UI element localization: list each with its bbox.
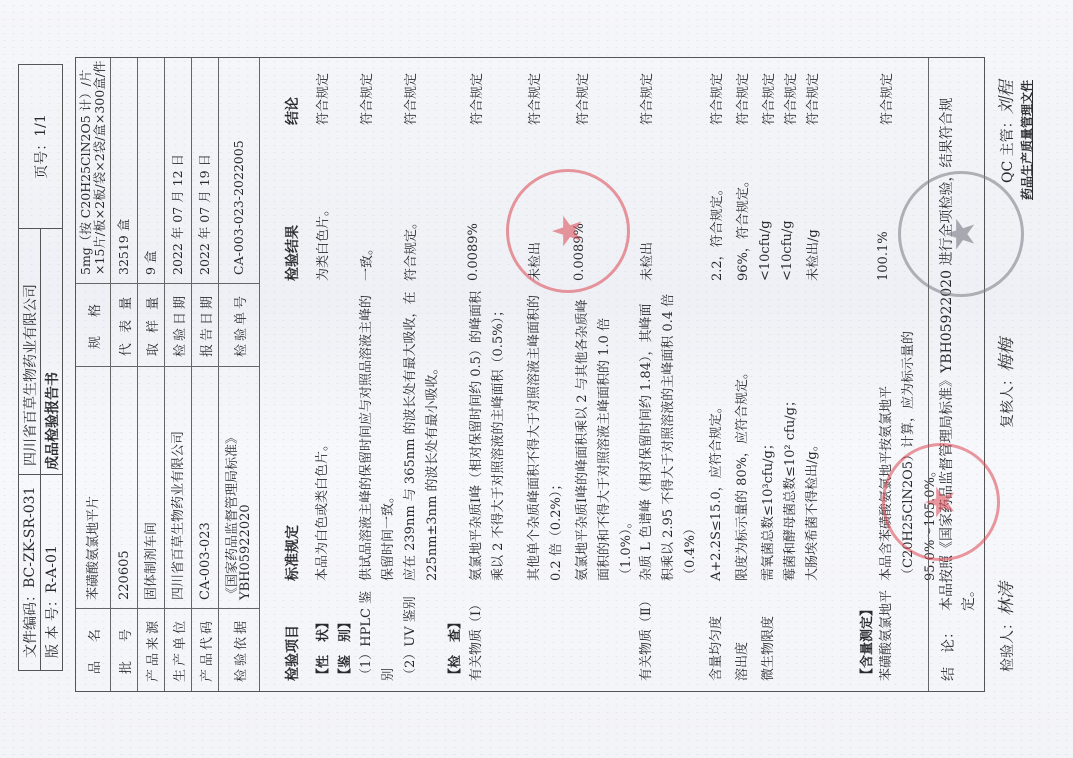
sample-label: 取 样 量 (138, 283, 164, 366)
row-item: 微生物限度 (758, 589, 780, 681)
quantity: 32519 盒 (111, 58, 137, 283)
row-item: 有关物质（Ⅰ） (466, 589, 488, 681)
reviewer-signature: 梅梅 (997, 338, 1017, 372)
code-label: 产品代码 (192, 608, 218, 691)
test-no-label: 检验单号 (219, 283, 259, 366)
row-item: （1）HPLC 鉴别 (356, 589, 400, 681)
row-standard: 霉菌和酵母菌总数≤10² cfu/g； (780, 291, 802, 581)
row-conclusion: 符合规定 (572, 73, 591, 125)
source-label: 产品来源 (138, 608, 164, 691)
row-conclusion: 符合规定 (466, 73, 485, 125)
red-seal-stamp: ★ (506, 169, 630, 293)
row-conclusion: 符合规定 (400, 73, 419, 125)
doc-footer: 药品生产质量管理文件 (1018, 80, 1035, 200)
row-result: 一致。 (356, 242, 375, 281)
row-conclusion: 符合规定 (706, 73, 725, 125)
row-item: 溶出度 (732, 589, 754, 681)
conclusion-divider (928, 58, 929, 691)
row-conclusion: 符合规定 (732, 73, 751, 125)
row-item: 含量均匀度 (706, 589, 728, 681)
row-result: 未检出/g (802, 229, 821, 281)
report-title: 成品检验报告书 (41, 229, 62, 474)
row-conclusion: 符合规定 (636, 73, 655, 125)
row-result: 100.1% (876, 231, 891, 281)
row-conclusion: 符合规定 (758, 73, 777, 125)
batch-label: 批 号 (111, 608, 137, 691)
row-standard: 杂质 L 色谱峰（相对保留时间约 1.84），其峰面积乘以 2.95 不得大于对… (636, 291, 702, 581)
section-inspection: 【检 查】 (444, 616, 463, 681)
row-standard: A+2.2S≤15.0，应符合规定。 (706, 291, 728, 581)
col-standard: 标准规定 (282, 525, 302, 581)
row-standard: 其他单个杂质峰面积不得大于对照溶液主峰面积的 0.2 倍（0.2%）； (524, 291, 568, 581)
row-standard: 氨氯地平杂质Ⅰ峰（相对保留时间约 0.5）的峰面积乘以 2 不得大于对照溶液的主… (466, 291, 510, 581)
conclusion-label: 结 论： (938, 625, 958, 681)
version: 版 本 号：R-A-01 (41, 475, 62, 670)
report-date-label: 报告日期 (192, 283, 218, 366)
section-appearance: 【性 状】 (312, 616, 331, 681)
row-result: <10cfu/g (780, 220, 795, 281)
col-result: 检验结果 (282, 225, 302, 281)
row-conclusion: 符合规定 (876, 73, 895, 125)
row-result: <10cfu/g (758, 220, 773, 281)
row-conclusion: 符合规定 (356, 73, 375, 125)
page-number: 页号：1/1 (19, 65, 62, 228)
reviewer: 复核人：梅梅 (992, 338, 1017, 428)
row-result: 为类白色片。 (312, 203, 331, 281)
row-standard: 供试品溶液主峰的保留时间应与对照品溶液主峰的保留时间一致。 (356, 291, 400, 581)
quantity-label: 代 表 量 (111, 283, 137, 366)
report-table: 品 名 苯磺酸氨氯地平片 规 格 5mg（按 C20H25ClN2O5 计）/片… (75, 57, 985, 692)
inspector: 检验人：林涛 (992, 582, 1017, 672)
row-result: 未检出 (636, 242, 655, 281)
row-conclusion: 符合规定 (312, 73, 331, 125)
row-standard: 氨氯地平杂质Ⅰ峰的峰面积乘以 2 与其他各杂质峰面积的和不得大于对照溶液主峰面积… (572, 291, 638, 581)
spec: 5mg（按 C20H25ClN2O5 计）/片×15片/板×2板/袋×2袋/盒×… (76, 58, 110, 283)
basis-label: 检验依据 (219, 608, 259, 691)
row-standard: 应在 239nm 与 365nm 的波长处有最大吸收，在 225nm±3nm 的… (400, 291, 444, 581)
row-standard: 本品为白色或类白色片。 (312, 291, 334, 581)
section-assay: 【含量测定】 (856, 603, 875, 681)
row-result: 96%，符合规定。 (732, 174, 751, 281)
doc-code: 文件编码：BC-ZK-SR-031 (19, 475, 41, 670)
row-standard: 大肠埃希菌不得检出/g。 (802, 291, 824, 581)
section-identification: 【鉴 别】 (334, 616, 353, 681)
red-company-stamp: ★ (882, 443, 1000, 561)
row-item: 有关物质（Ⅱ） (636, 589, 658, 681)
source: 固体制剂车间 (138, 366, 164, 608)
inspector-signature: 林涛 (997, 582, 1017, 616)
col-conclusion: 结论 (282, 97, 302, 125)
row-standard: 限度为标示量的 80%，应符合规定。 (732, 291, 754, 581)
test-date: 2022 年 07 月 12 日 (165, 58, 191, 283)
product-name-label: 品 名 (76, 608, 110, 691)
report-page: 文件编码：BC-ZK-SR-031 版 本 号：R-A-01 四川省百草生物药业… (0, 0, 1073, 758)
test-no: CA-003-023-2022005 (219, 58, 259, 283)
col-item: 检验项目 (282, 625, 302, 681)
basis: 《国家药品监督管理局标准》 YBH05922020 (219, 366, 259, 608)
gray-company-stamp: ★ (898, 171, 1024, 297)
spec-label: 规 格 (76, 283, 110, 366)
report-date: 2022 年 07 月 19 日 (192, 58, 218, 283)
product-code: CA-003-023 (192, 366, 218, 608)
qc-manager: QC 主管：刘程 (992, 80, 1017, 183)
company-name: 四川省百草生物药业有限公司 (19, 229, 41, 474)
manufacturer: 四川省百草生物药业有限公司 (165, 366, 191, 608)
row-conclusion: 符合规定 (780, 73, 799, 125)
row-conclusion: 符合规定 (802, 73, 821, 125)
row-item: 苯磺酸氨氯地平 (876, 589, 898, 681)
qc-signature: 刘程 (997, 80, 1017, 114)
batch: 220605 (111, 366, 137, 608)
product-name: 苯磺酸氨氯地平片 (76, 366, 110, 608)
row-result: 2.2，符合规定。 (706, 182, 725, 281)
sample: 9 盒 (138, 58, 164, 283)
row-item: （2）UV 鉴别 (400, 589, 422, 681)
row-result: 符合规定。 (400, 216, 419, 281)
row-conclusion: 符合规定 (524, 73, 543, 125)
test-date-label: 检验日期 (165, 283, 191, 366)
product-info: 品 名 苯磺酸氨氯地平片 规 格 5mg（按 C20H25ClN2O5 计）/片… (76, 58, 260, 691)
manufacturer-label: 生产单位 (165, 608, 191, 691)
document-header: 文件编码：BC-ZK-SR-031 版 本 号：R-A-01 四川省百草生物药业… (18, 64, 63, 671)
row-result: 0.0089% (466, 223, 481, 281)
row-standard: 需氧菌总数≤10³cfu/g； (758, 291, 780, 581)
